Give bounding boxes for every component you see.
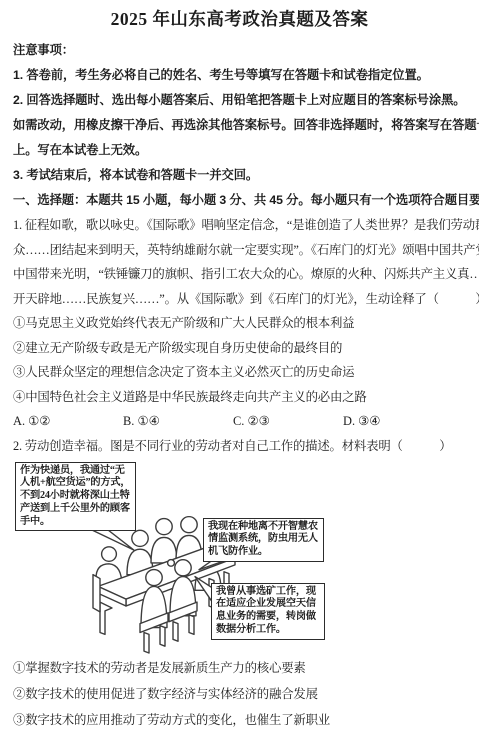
table-leg xyxy=(100,602,112,634)
question-2-statement-2: ②数字技术的使用促进了数字经济与实体经济的融合发展 xyxy=(13,681,466,707)
speech-bubble-farmer: 我现在种地离不开智慧农情监测系统，防虫用无人机飞防作业。 xyxy=(203,518,324,562)
person-far-2 xyxy=(151,518,177,562)
question-2-statement-1: ①掌握数字技术的劳动者是发展新质生产力的核心要素 xyxy=(13,655,466,681)
question-1-statement-4: ④中国特色社会主义道路是中华民族最终走向共产主义的必由之路 xyxy=(13,385,466,410)
notice-item-2-line-3: 上。写在本试卷上无效。 xyxy=(13,138,466,163)
question-1-line-2: 众……团结起来到明天，英特纳雄耐尔就一定要实现”。《石库门的灯光》颂唱中国共产党… xyxy=(13,238,466,263)
chair-leg xyxy=(160,625,165,646)
question-1-line-4: 开天辟地……民族复兴……”。从《国际歌》到《石库门的灯光》，生动诠释了（ ） xyxy=(13,287,466,312)
notice-item-2-line-2: 如需改动，用橡皮擦干净后、再选涂其他答案标号。回答非选择题时，将答案写在答题卡 xyxy=(13,113,466,138)
exam-paper-page: 2025 年山东高考政治真题及答案 注意事项： 1. 答卷前，考生务必将自己的姓… xyxy=(0,0,479,732)
question-2-stem: 2. 劳动创造幸福。图是不同行业的劳动者对自己工作的描述。材料表明（ ） xyxy=(13,434,466,459)
question-2-statement-3: ③数字技术的应用推动了劳动方式的变化，也催生了新职业 xyxy=(13,707,466,732)
cup-on-table xyxy=(168,559,175,566)
question-2-figure: 作为快递员，我通过“无人机+航空货运”的方式，不到24小时就将深山土特产送到上千… xyxy=(13,459,466,655)
speech-bubble-data-analyst: 我曾从事选矿工作，现在适应企业发展空天信息业务的需要，转岗做数据分析工作。 xyxy=(211,583,325,640)
notice-item-1: 1. 答卷前，考生务必将自己的姓名、考生号等填写在答题卡和试卷指定位置。 xyxy=(13,63,466,88)
notice-item-2-line-1: 2. 回答选择题时、选出每小题答案后、用铅笔把答题卡上对应题目的答案标号涂黑。 xyxy=(13,88,466,113)
chair-leg xyxy=(173,621,178,641)
page-title: 2025 年山东高考政治真题及答案 xyxy=(13,6,466,32)
notice-heading: 注意事项： xyxy=(13,38,466,63)
speech-bubble-courier: 作为快递员，我通过“无人机+航空货运”的方式，不到24小时就将深山土特产送到上千… xyxy=(15,462,136,532)
choice-b: B. ①④ xyxy=(123,409,233,434)
choice-a: A. ①② xyxy=(13,409,123,434)
choice-d: D. ③④ xyxy=(343,409,453,434)
question-1-statement-3: ③人民群众坚定的理想信念决定了资本主义必然灭亡的历史命运 xyxy=(13,360,466,385)
choice-c: C. ②③ xyxy=(233,409,343,434)
question-1-statement-1: ①马克思主义政党始终代表无产阶级和广大人民群众的根本利益 xyxy=(13,311,466,336)
chair-back-left xyxy=(93,574,100,611)
question-1-choices: A. ①② B. ①④ C. ②③ D. ③④ xyxy=(13,409,466,434)
question-1-line-3: 中国带来光明，“铁锤镰刀的旗帜、指引工农大众的心。燎原的火种、闪烁共产主义真…… xyxy=(13,262,466,287)
question-1-line-1: 1. 征程如歌，歌以咏史。《国际歌》唱响坚定信念，“是谁创造了人类世界？是我们劳… xyxy=(13,213,466,238)
notice-item-3: 3. 考试结束后，将本试卷和答题卡一并交回。 xyxy=(13,163,466,188)
section-1-heading: 一、选择题：本题共 15 小题，每小题 3 分、共 45 分。每小题只有一个选项… xyxy=(13,188,466,213)
chair-leg xyxy=(144,632,149,653)
question-1-statement-2: ②建立无产阶级专政是无产阶级实现自身历史使命的最终目的 xyxy=(13,336,466,361)
chair-leg xyxy=(189,614,194,634)
